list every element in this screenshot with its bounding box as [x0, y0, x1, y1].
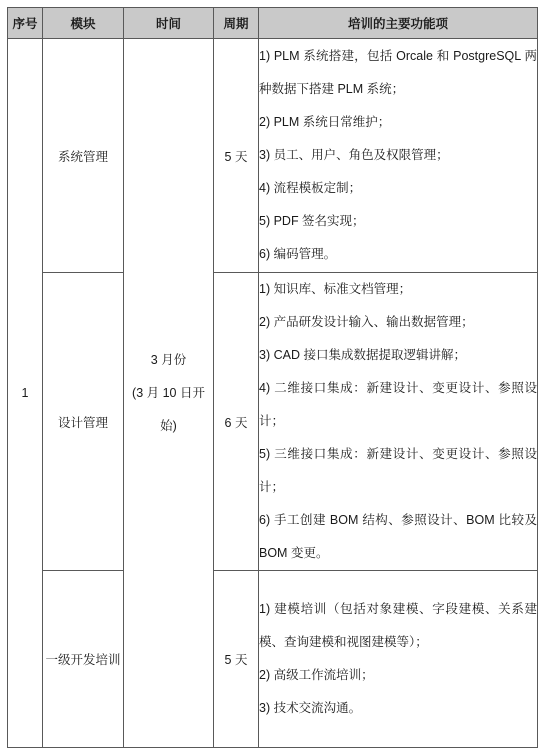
duration-cell-row2: 6 天 — [214, 273, 259, 571]
training-item: 3) 技术交流沟通。 — [259, 692, 537, 725]
col-header-time: 时间 — [124, 8, 214, 39]
training-item: 3) CAD 接口集成数据提取逻辑讲解； — [259, 339, 537, 372]
training-item: 1) 知识库、标准文档管理； — [259, 273, 537, 306]
col-header-cycle: 周期 — [214, 8, 259, 39]
duration-cell-row1: 5 天 — [214, 39, 259, 273]
training-item: 4) 流程模板定制； — [259, 172, 537, 205]
time-cell: 3 月份 (3 月 10 日开始) — [124, 39, 214, 748]
training-item: 2) 产品研发设计输入、输出数据管理； — [259, 306, 537, 339]
module-cell-level1-dev-training: 一级开发培训 — [43, 571, 124, 748]
training-item: 1) 建模培训（包括对象建模、字段建模、关系建模、查询建模和视图建模等）； — [259, 593, 537, 659]
items-cell-row1: 1) PLM 系统搭建，包括 Orcale 和 PostgreSQL 两种数据下… — [259, 39, 538, 273]
time-start-date: (3 月 10 日开始) — [124, 377, 213, 443]
training-schedule-table: 序号 模块 时间 周期 培训的主要功能项 1 系统管理 3 月份 (3 月 10… — [7, 7, 538, 748]
time-month: 3 月份 — [124, 344, 213, 377]
training-item: 6) 手工创建 BOM 结构、参照设计、BOM 比较及 BOM 变更。 — [259, 504, 537, 570]
duration-cell-row3: 5 天 — [214, 571, 259, 748]
training-item: 1) PLM 系统搭建，包括 Orcale 和 PostgreSQL 两种数据下… — [259, 40, 537, 106]
training-item: 3) 员工、用户、角色及权限管理； — [259, 139, 537, 172]
training-item: 6) 编码管理。 — [259, 238, 537, 271]
training-item: 4) 二维接口集成：新建设计、变更设计、参照设计； — [259, 372, 537, 438]
table-row-level1-dev-training: 一级开发培训 5 天 1) 建模培训（包括对象建模、字段建模、关系建模、查询建模… — [8, 571, 538, 748]
training-item: 5) 三维接口集成：新建设计、变更设计、参照设计； — [259, 438, 537, 504]
col-header-items: 培训的主要功能项 — [259, 8, 538, 39]
items-cell-row2: 1) 知识库、标准文档管理； 2) 产品研发设计输入、输出数据管理； 3) CA… — [259, 273, 538, 571]
items-cell-row3: 1) 建模培训（包括对象建模、字段建模、关系建模、查询建模和视图建模等）； 2)… — [259, 571, 538, 748]
training-item: 2) 高级工作流培训； — [259, 659, 537, 692]
serial-cell: 1 — [8, 39, 43, 748]
training-item: 5) PDF 签名实现； — [259, 205, 537, 238]
document-page: 序号 模块 时间 周期 培训的主要功能项 1 系统管理 3 月份 (3 月 10… — [0, 0, 546, 689]
training-item: 2) PLM 系统日常维护； — [259, 106, 537, 139]
table-row-design-management: 设计管理 6 天 1) 知识库、标准文档管理； 2) 产品研发设计输入、输出数据… — [8, 273, 538, 571]
table-header-row: 序号 模块 时间 周期 培训的主要功能项 — [8, 8, 538, 39]
col-header-serial: 序号 — [8, 8, 43, 39]
table-row-system-management: 1 系统管理 3 月份 (3 月 10 日开始) 5 天 1) PLM 系统搭建… — [8, 39, 538, 273]
col-header-module: 模块 — [43, 8, 124, 39]
module-cell-design-management: 设计管理 — [43, 273, 124, 571]
module-cell-system-management: 系统管理 — [43, 39, 124, 273]
